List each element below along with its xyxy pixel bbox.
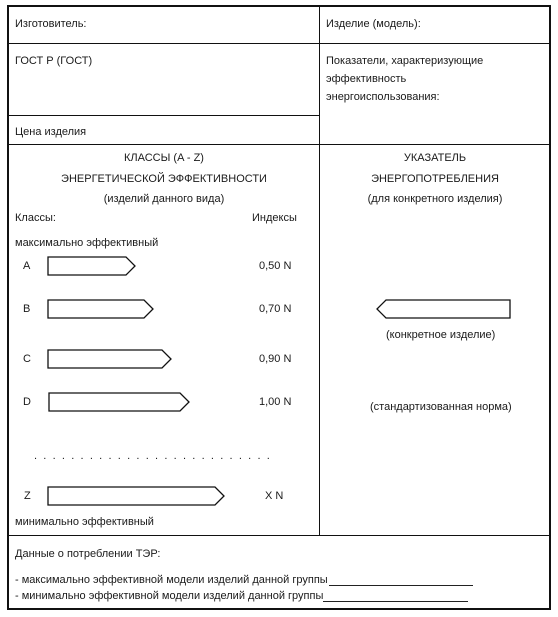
arrow-class-z-icon: [48, 487, 224, 505]
consumption-min-field[interactable]: [323, 601, 468, 602]
arrow-class-d-icon: [49, 393, 189, 411]
class-arrows: [0, 0, 558, 617]
arrow-class-c-icon: [48, 350, 171, 368]
consumption-min-line: - минимально эффективной модели изделий …: [15, 590, 323, 603]
arrow-class-b-icon: [48, 300, 153, 318]
arrow-class-a-icon: [48, 257, 135, 275]
consumption-title: Данные о потреблении ТЭР:: [15, 548, 161, 561]
consumption-max-line: - максимально эффективной модели изделий…: [15, 574, 328, 587]
arrow-indicator-icon: [377, 300, 510, 318]
consumption-max-field[interactable]: [329, 585, 473, 586]
